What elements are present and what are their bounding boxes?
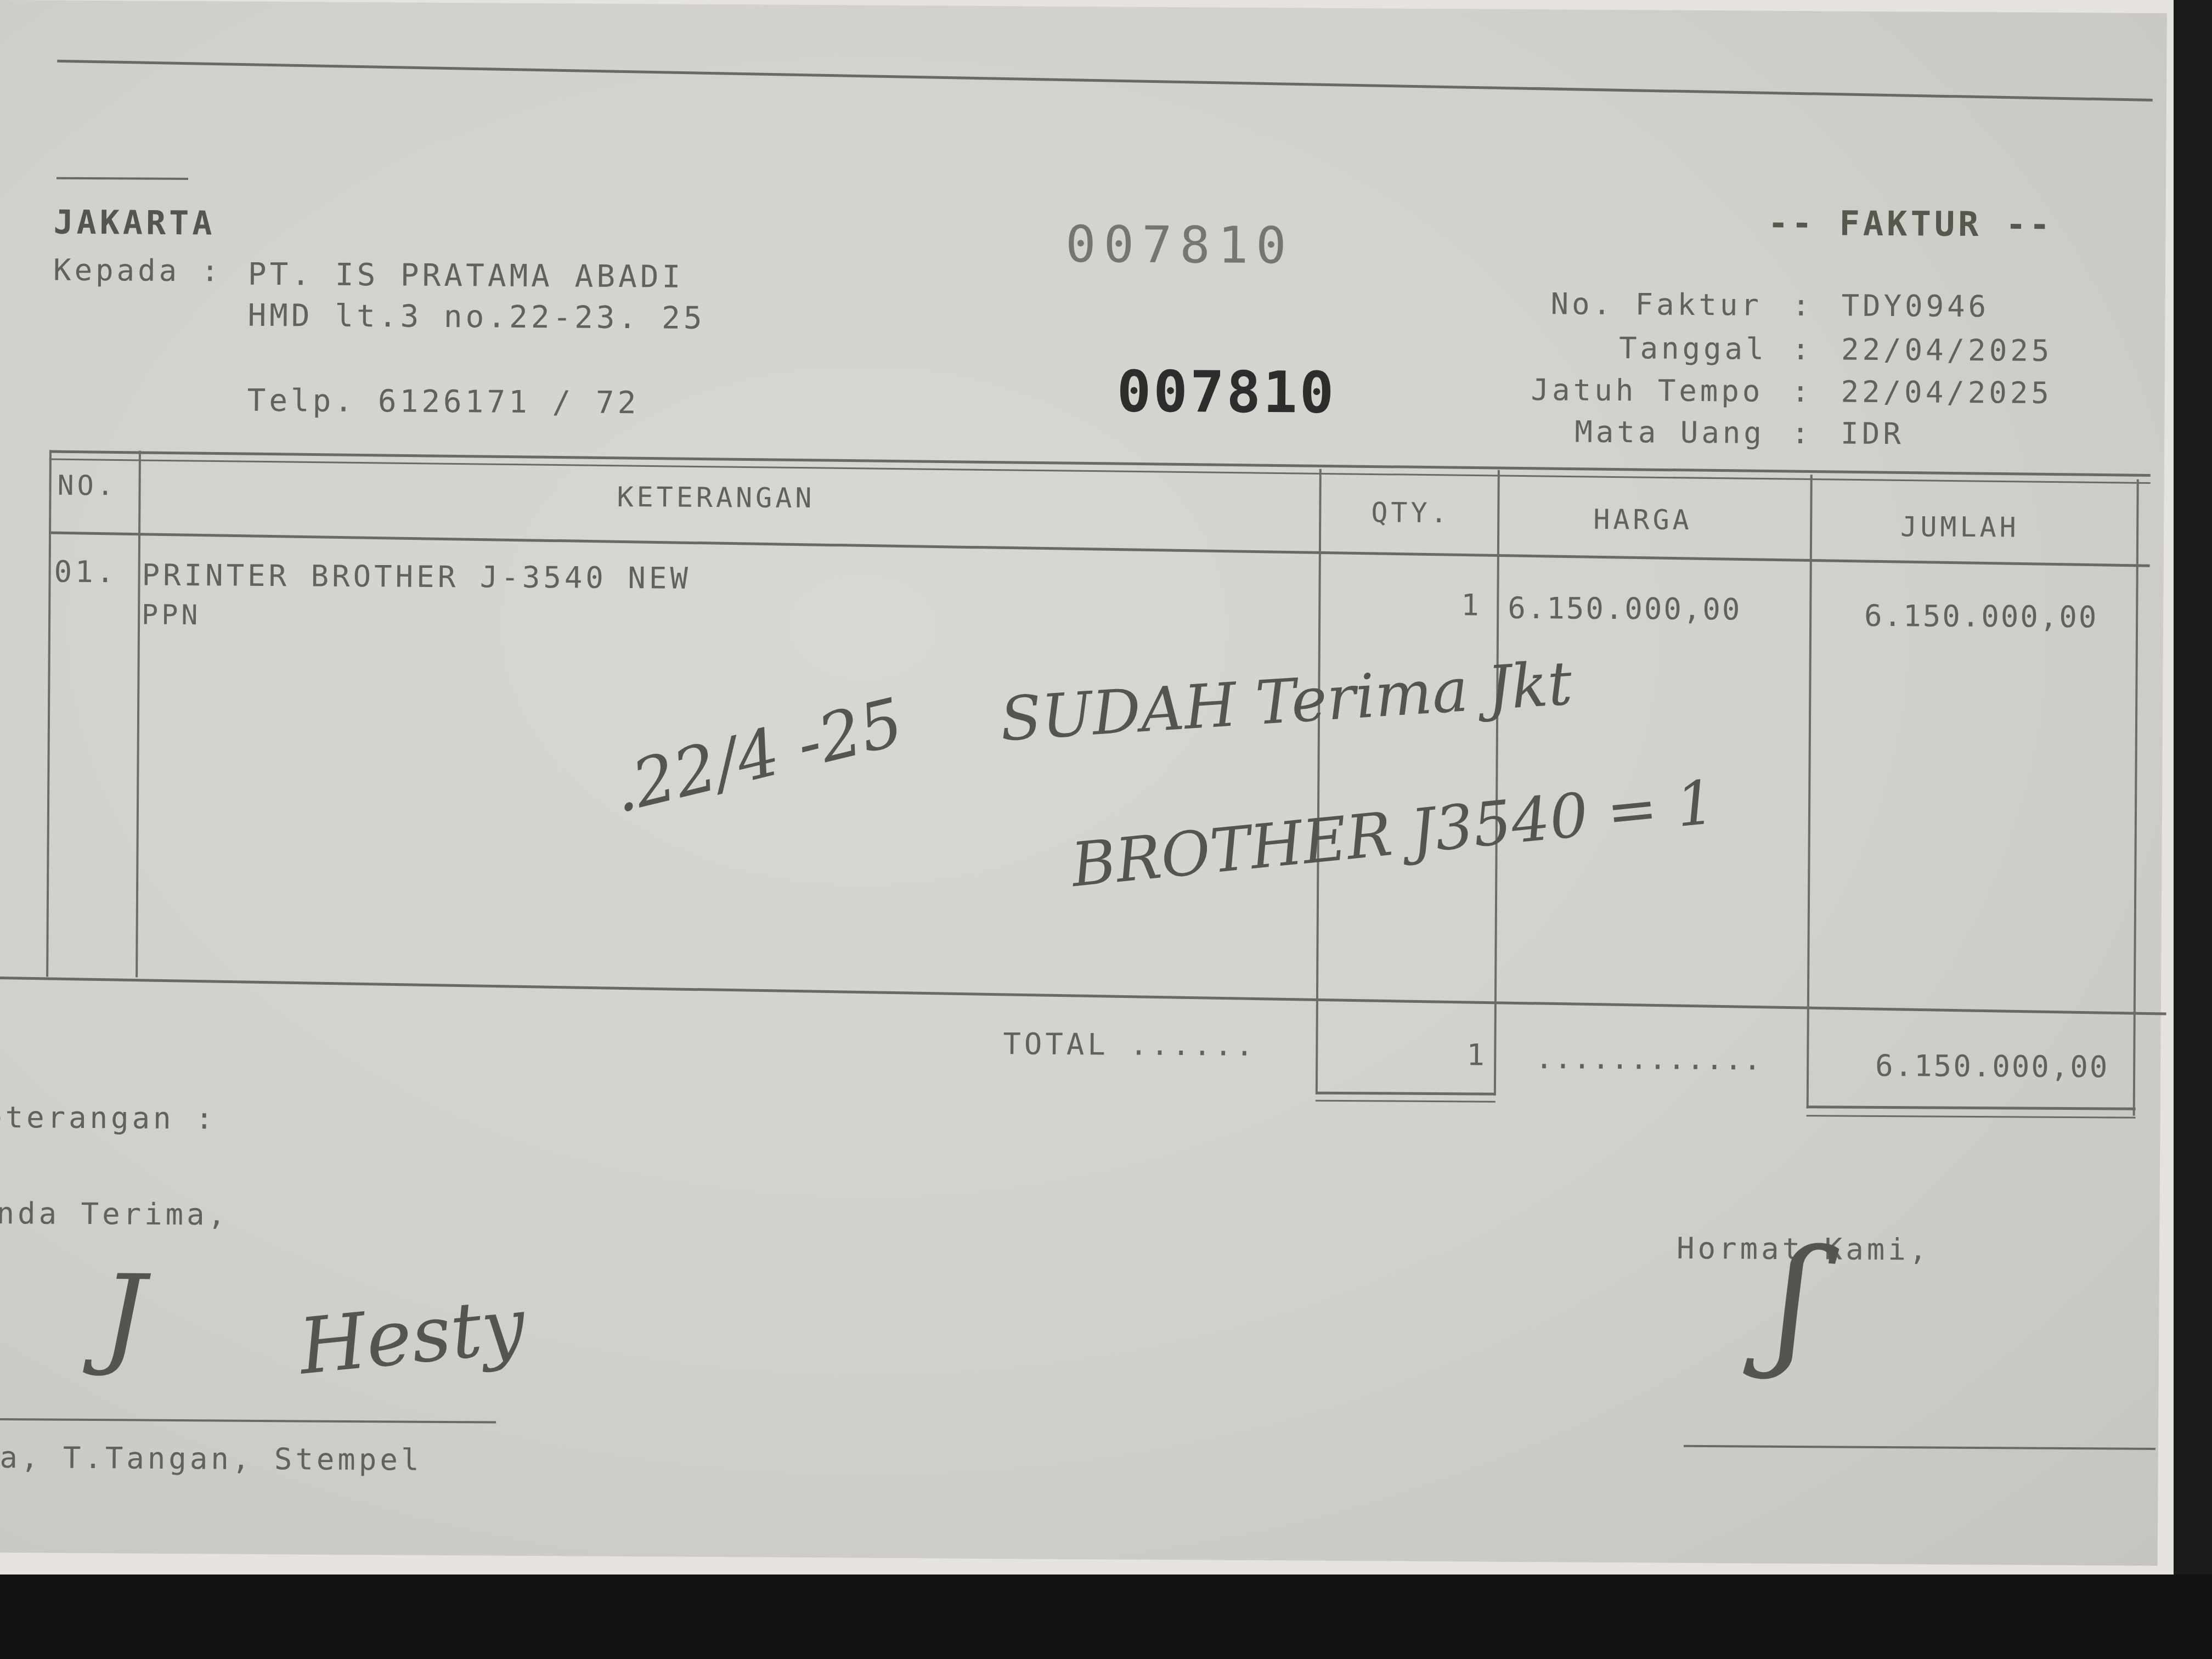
column-header-description: KETERANGAN: [617, 481, 815, 514]
invoice-number-value: TDY0946: [1841, 289, 1989, 324]
serial-number-faint: 007810: [1065, 215, 1294, 275]
row-description-line2: PPN: [142, 599, 201, 631]
due-date-label: Jatuh Tempo: [1531, 373, 1764, 409]
currency-sep: :: [1791, 416, 1813, 450]
currency-value: IDR: [1841, 416, 1904, 452]
invoice-title: -- FAKTUR --: [1768, 203, 2053, 245]
top-border-line: [57, 60, 2152, 101]
dark-surface: [0, 1575, 2212, 1659]
amount-total-underline-2: [1807, 1115, 2136, 1119]
sender-signature-line: [1684, 1445, 2155, 1450]
currency-label: Mata Uang: [1575, 415, 1765, 450]
column-header-amount: JUMLAH: [1900, 511, 2019, 543]
invoice-number-sep: :: [1792, 288, 1813, 323]
invoice-date-value: 22/04/2025: [1841, 332, 2052, 368]
row-description: PRINTER BROTHER J-3540 NEW: [142, 558, 691, 596]
qty-total-underline-2: [1316, 1100, 1496, 1103]
recipient-label: Kepada :: [53, 253, 222, 289]
column-header-no: NO.: [57, 470, 117, 502]
city-underline: [57, 177, 188, 180]
handwritten-received-note: SUDAH Terima Jkt: [998, 648, 1574, 754]
recipient-address: HMD lt.3 no.22-23. 25: [247, 298, 705, 336]
total-price-dots: ............: [1535, 1041, 1763, 1077]
due-date-value: 22/04/2025: [1841, 375, 2052, 410]
recipient-phone: Telp. 6126171 / 72: [247, 383, 639, 421]
invoice-date-sep: :: [1792, 332, 1813, 366]
invoice-paper: JAKARTA Kepada : PT. IS PRATAMA ABADI HM…: [0, 0, 2167, 1566]
remarks-label: Keterangan :: [0, 1100, 217, 1136]
handwritten-item-note: BROTHER J3540 = 1: [1068, 767, 1718, 900]
background-edge: [2174, 0, 2212, 1659]
handwritten-date-note: .22/4 -25: [605, 684, 911, 828]
receiver-signature: Hesty: [295, 1281, 529, 1392]
receiver-caption: Nama, T.Tangan, Stempel: [0, 1440, 422, 1477]
total-amount: 6.150.000,00: [1875, 1048, 2109, 1085]
total-qty: 1: [1466, 1037, 1488, 1072]
receiver-signature-initial: J: [101, 1251, 146, 1379]
receiver-label: Tanda Terima,: [0, 1196, 229, 1232]
recipient-name: PT. IS PRATAMA ABADI: [248, 257, 684, 295]
invoice-number-label: No. Faktur: [1550, 286, 1762, 322]
row-price: 6.150.000,00: [1508, 591, 1742, 627]
col-line-jumlah: [1807, 475, 1813, 1108]
col-line-no: [136, 451, 141, 978]
row-qty: 1: [1461, 588, 1482, 622]
due-date-sep: :: [1792, 374, 1813, 409]
col-line-right: [2133, 479, 2139, 1116]
column-header-price: HARGA: [1593, 504, 1692, 536]
body-bottom-line: [0, 977, 2166, 1015]
amount-total-underline: [1807, 1105, 2136, 1110]
total-label: TOTAL ......: [1003, 1026, 1257, 1063]
column-header-qty: QTY.: [1371, 496, 1451, 529]
invoice-date-label: Tanggal: [1619, 331, 1767, 366]
row-amount: 6.150.000,00: [1864, 599, 2098, 635]
serial-number-stamped: 007810: [1116, 358, 1336, 426]
qty-total-underline: [1316, 1092, 1496, 1096]
city-label: JAKARTA: [53, 204, 215, 243]
col-line-left: [46, 450, 52, 977]
receiver-signature-line: [0, 1418, 496, 1424]
row-number: 01.: [54, 555, 117, 590]
